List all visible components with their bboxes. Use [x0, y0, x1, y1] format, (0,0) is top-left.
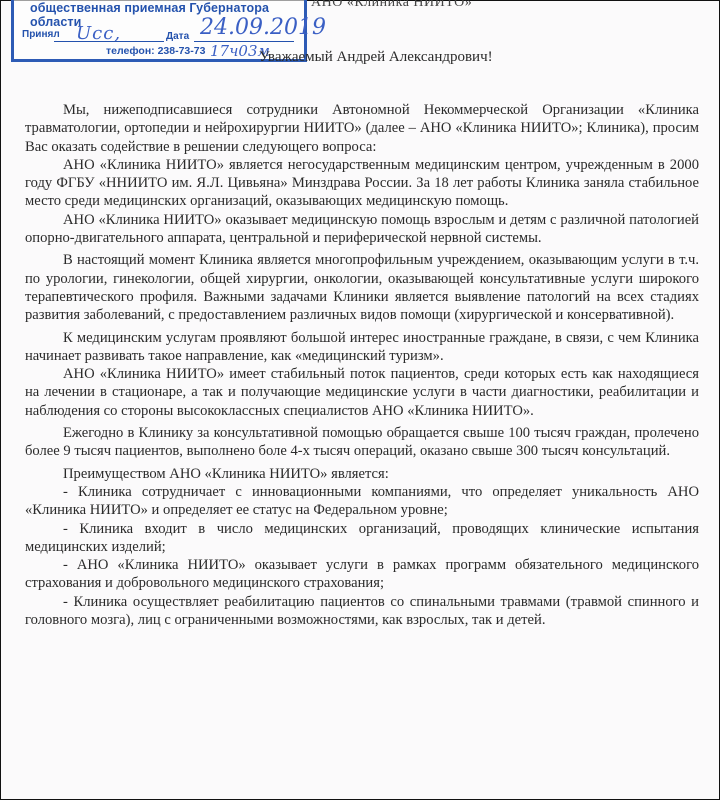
stamp-signature: Ucc,	[76, 23, 121, 44]
stamp-phone: телефон: 238-73-73	[106, 45, 205, 57]
paragraph: Ежегодно в Клинику за консультативной по…	[25, 424, 699, 461]
stamp-date-label: Дата	[166, 31, 189, 42]
stamp-date-value: 24.09.2019	[200, 15, 326, 40]
list-item: - Клиника сотрудничает с инновационными …	[25, 483, 699, 520]
paragraph: В настоящий момент Клиника является мног…	[25, 251, 699, 324]
list-item: - АНО «Клиника НИИТО» оказывает услуги в…	[25, 556, 699, 593]
letter-greeting: Уважаемый Андрей Александрович!	[259, 49, 493, 66]
letter-body: Мы, нижеподписавшиеся сотрудники Автоном…	[25, 101, 699, 629]
document-page: АНО «Клиника НИИТО» общественная приемна…	[0, 0, 720, 800]
paragraph: Мы, нижеподписавшиеся сотрудники Автоном…	[25, 101, 699, 156]
paragraph: АНО «Клиника НИИТО» является негосударст…	[25, 156, 699, 211]
list-item: - Клиника входит в число медицинских орг…	[25, 520, 699, 557]
paragraph: Преимуществом АНО «Клиника НИИТО» являет…	[25, 465, 699, 483]
cut-off-header-text: АНО «Клиника НИИТО»	[311, 0, 711, 7]
list-item: - Клиника осуществляет реабилитацию паци…	[25, 593, 699, 630]
paragraph: К медицинским услугам проявляют большой …	[25, 329, 699, 366]
paragraph: АНО «Клиника НИИТО» имеет стабильный пот…	[25, 365, 699, 420]
stamp-accepted-label: Принял	[22, 29, 60, 40]
paragraph: АНО «Клиника НИИТО» оказывает медицинску…	[25, 211, 699, 248]
